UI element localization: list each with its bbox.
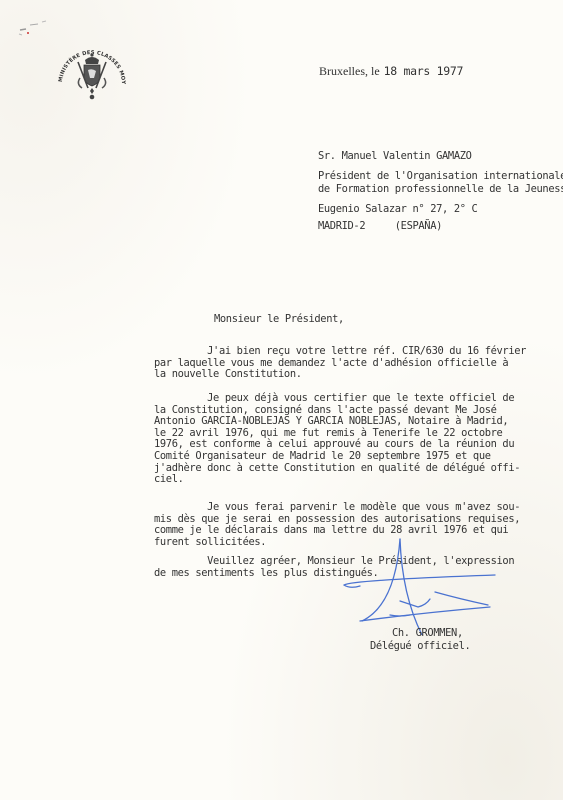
paragraph-line: Je vous ferai parvenir le modèle que vou… (154, 502, 520, 514)
paragraph-line: la nouvelle Constitution. (154, 369, 526, 381)
date-place: Bruxelles, le (319, 64, 380, 78)
stray-marks (14, 20, 54, 38)
recipient-city: MADRID-2 (318, 220, 365, 232)
paragraph-3: Je vous ferai parvenir le modèle que vou… (154, 502, 520, 548)
recipient-name: Sr. Manuel Valentin GAMAZO (318, 150, 472, 163)
paragraph-line: de mes sentiments les plus distingués. (154, 568, 514, 580)
paragraph-line: Comité Organisateur de Madrid le 20 sept… (154, 451, 520, 463)
paragraph-line: J'ai bien reçu votre lettre réf. CIR/630… (154, 346, 526, 358)
date-value: 18 mars 1977 (384, 64, 463, 78)
recipient-title-line1: Président de l'Organisation internationa… (318, 170, 563, 182)
paragraph-line: ciel. (154, 474, 520, 486)
paragraph-4: Veuillez agréer, Monsieur le Président, … (154, 556, 514, 579)
paragraph-1: J'ai bien reçu votre lettre réf. CIR/630… (154, 346, 526, 381)
paragraph-line: Veuillez agréer, Monsieur le Président, … (154, 556, 514, 568)
letter-page: MINISTÈRE DES CLASSES MOYENNES Bruxelles… (0, 0, 563, 800)
paragraph-2: Je peux déjà vous certifier que le texte… (154, 393, 520, 486)
recipient-street: Eugenio Salazar n° 27, 2° C (318, 203, 477, 216)
date-line: Bruxelles, le 18 mars 1977 (319, 62, 463, 80)
handwritten-signature (340, 535, 500, 635)
recipient-city-line: MADRID-2 (ESPAÑA) (318, 220, 442, 233)
recipient-country: (ESPAÑA) (395, 220, 442, 232)
recipient-title: Président de l'Organisation internationa… (318, 170, 563, 196)
paragraph-line: furent sollicitées. (154, 537, 520, 549)
salutation: Monsieur le Président, (214, 313, 344, 325)
ministry-emblem: MINISTÈRE DES CLASSES MOYENNES (52, 40, 132, 102)
signatory-title: Délégué officiel. (370, 640, 470, 652)
signatory-name: Ch. GROMMEN, (392, 627, 463, 639)
recipient-title-line2: de Formation professionnelle de la Jeune… (318, 183, 563, 195)
coat-of-arms-icon: MINISTÈRE DES CLASSES MOYENNES (52, 40, 132, 102)
paragraph-line: Je peux déjà vous certifier que le texte… (154, 393, 520, 405)
paragraph-line: j'adhère donc à cette Constitution en qu… (154, 463, 520, 475)
